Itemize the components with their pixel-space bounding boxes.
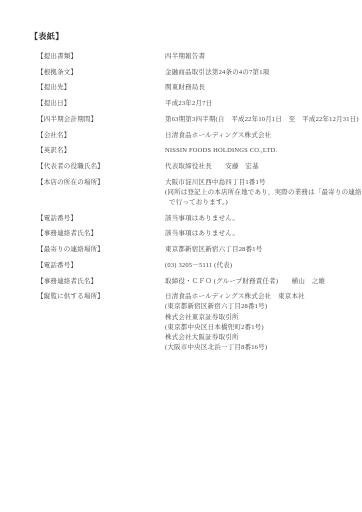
field-label: 【根拠条文】 (30, 68, 165, 78)
field-value: 日清食品ホールディングス株式会社 (165, 131, 344, 141)
field-label: 【提出日】 (30, 99, 165, 109)
field-value-line: 代表取締役社長 安藤 宏基 (165, 162, 344, 172)
field-label: 【英訳名】 (30, 146, 165, 156)
field-value: NISSIN FOODS HOLDINGS CO.,LTD. (165, 146, 344, 156)
field-value-line: 日清食品ホールディングス株式会社 (165, 131, 344, 141)
field-row: 【提出先】 関東財務局長 (30, 83, 344, 93)
field-value-line: 平成23年2月7日 (165, 99, 344, 109)
field-value-line: (東京都中央区日本橋兜町2番1号) (165, 323, 344, 333)
field-row: 【事務連絡者氏名】 該当事項はありません。 (30, 229, 344, 239)
field-label: 【電話番号】 (30, 214, 165, 224)
field-value: 東京都新宿区新宿六丁目28番1号 (165, 245, 344, 255)
field-value-line: 株式会社大阪証券取引所 (165, 333, 344, 343)
field-value-line: 株式会社東京証券取引所 (165, 313, 344, 323)
field-row: 【代表者の役職氏名】 代表取締役社長 安藤 宏基 (30, 162, 344, 172)
field-value-line: 日清食品ホールディングス株式会社 東京本社 (165, 292, 344, 302)
field-value: 平成23年2月7日 (165, 99, 344, 109)
cover-fields-table: 【提出書類】 四半期報告書 【根拠条文】 金融商品取引法第24条の4の7第1項 … (30, 52, 344, 353)
field-row: 【英訳名】 NISSIN FOODS HOLDINGS CO.,LTD. (30, 146, 344, 156)
field-value-line: (大阪市中央区北浜一丁目8番16号) (165, 343, 344, 353)
field-row: 【電話番号】 該当事項はありません。 (30, 214, 344, 224)
field-label: 【会社名】 (30, 131, 165, 141)
field-value-line: 金融商品取引法第24条の4の7第1項 (165, 68, 344, 78)
field-value-line: 関東財務局長 (165, 83, 344, 93)
field-value-line: 該当事項はありません。 (165, 229, 344, 239)
field-value: 大阪市淀川区西中島四丁目1番1号(同所は登記上の本店所在地であり，実際の業務は「… (165, 178, 362, 209)
field-value-line: 第63期第3四半期(自 平成22年10月1日 至 平成22年12月31日) (165, 115, 359, 125)
field-row: 【提出書類】 四半期報告書 (30, 52, 344, 62)
field-row: 【四半期会計期間】 第63期第3四半期(自 平成22年10月1日 至 平成22年… (30, 115, 344, 125)
field-value-line: 該当事項はありません。 (165, 214, 344, 224)
field-value: (03) 3205－5111 (代表) (165, 261, 344, 271)
field-value-line: 取締役・ＣＦＯ (グループ財務責任者) 横山 之雄 (165, 277, 344, 287)
field-value: 四半期報告書 (165, 52, 344, 62)
field-row: 【電話番号】 (03) 3205－5111 (代表) (30, 261, 344, 271)
field-value-line: 四半期報告書 (165, 52, 344, 62)
field-value-line: NISSIN FOODS HOLDINGS CO.,LTD. (165, 146, 344, 156)
field-row: 【本店の所在の場所】 大阪市淀川区西中島四丁目1番1号(同所は登記上の本店所在地… (30, 178, 344, 209)
field-value-line: 東京都新宿区新宿六丁目28番1号 (165, 245, 344, 255)
field-label: 【提出先】 (30, 83, 165, 93)
field-value-line: で行っております。) (165, 198, 362, 208)
field-label: 【電話番号】 (30, 261, 165, 271)
field-value-line: (東京都新宿区新宿六丁目28番1号) (165, 302, 344, 312)
field-label: 【事務連絡者氏名】 (30, 277, 165, 287)
field-label: 【事務連絡者氏名】 (30, 229, 165, 239)
field-value: 該当事項はありません。 (165, 214, 344, 224)
field-label: 【縦覧に供する場所】 (30, 292, 165, 302)
field-label: 【代表者の役職氏名】 (30, 162, 165, 172)
field-value-line: 大阪市淀川区西中島四丁目1番1号 (165, 178, 362, 188)
field-row: 【根拠条文】 金融商品取引法第24条の4の7第1項 (30, 68, 344, 78)
field-row: 【会社名】 日清食品ホールディングス株式会社 (30, 131, 344, 141)
field-row: 【提出日】 平成23年2月7日 (30, 99, 344, 109)
field-value: 第63期第3四半期(自 平成22年10月1日 至 平成22年12月31日) (165, 115, 359, 125)
field-value: 取締役・ＣＦＯ (グループ財務責任者) 横山 之雄 (165, 277, 344, 287)
field-row: 【最寄りの連絡場所】 東京都新宿区新宿六丁目28番1号 (30, 245, 344, 255)
field-value: 該当事項はありません。 (165, 229, 344, 239)
field-value-line: (同所は登記上の本店所在地であり，実際の業務は「最寄りの連絡場所」 (165, 188, 362, 198)
field-label: 【四半期会計期間】 (30, 115, 165, 125)
field-label: 【提出書類】 (30, 52, 165, 62)
field-label: 【本店の所在の場所】 (30, 178, 165, 188)
field-row: 【事務連絡者氏名】 取締役・ＣＦＯ (グループ財務責任者) 横山 之雄 (30, 277, 344, 287)
cover-heading: 【表紙】 (30, 32, 344, 41)
field-label: 【最寄りの連絡場所】 (30, 245, 165, 255)
report-cover-page: 【表紙】 【提出書類】 四半期報告書 【根拠条文】 金融商品取引法第24条の4の… (0, 0, 362, 512)
field-value: 日清食品ホールディングス株式会社 東京本社(東京都新宿区新宿六丁目28番1号)株… (165, 292, 344, 353)
field-row: 【縦覧に供する場所】 日清食品ホールディングス株式会社 東京本社(東京都新宿区新… (30, 292, 344, 353)
field-value: 関東財務局長 (165, 83, 344, 93)
field-value-line: (03) 3205－5111 (代表) (165, 261, 344, 271)
field-value: 代表取締役社長 安藤 宏基 (165, 162, 344, 172)
field-value: 金融商品取引法第24条の4の7第1項 (165, 68, 344, 78)
